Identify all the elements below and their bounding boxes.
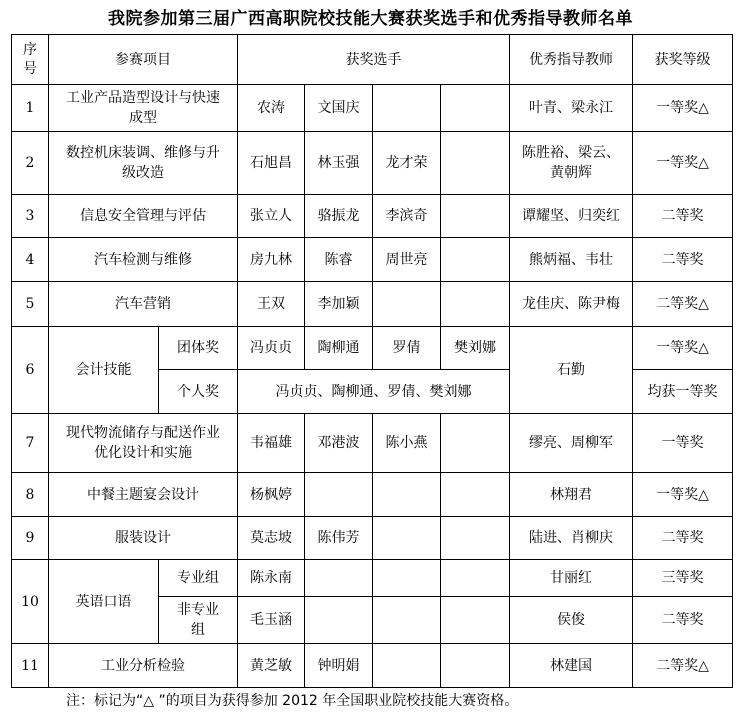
header-event: 参赛项目 — [49, 35, 238, 85]
player-cell: 石旭昌 — [238, 132, 305, 195]
player-cell: 陈伟芳 — [305, 517, 373, 560]
sub-category-cell: 个人奖 — [159, 370, 238, 414]
sub-category-cell: 非专业组 — [159, 597, 238, 644]
player-cell — [441, 195, 510, 238]
player-cell: 邓港波 — [305, 414, 373, 473]
player-cell: 莫志坡 — [238, 517, 305, 560]
player-cell: 黄芝敏 — [238, 644, 305, 688]
event-cell: 英语口语 — [49, 560, 159, 644]
table-row: 1 工业产品造型设计与快速成型 农涛 文国庆 叶青、梁永江 一等奖△ — [12, 85, 733, 132]
player-cell — [441, 238, 510, 282]
seq-cell: 6 — [12, 327, 49, 414]
player-cell: 陈小燕 — [373, 414, 441, 473]
event-cell: 工业产品造型设计与快速成型 — [49, 85, 238, 132]
player-cell: 文国庆 — [305, 85, 373, 132]
level-cell: 一等奖△ — [633, 473, 733, 517]
seq-cell: 8 — [12, 473, 49, 517]
player-cell — [305, 473, 373, 517]
player-cell — [441, 132, 510, 195]
player-cell — [305, 597, 373, 644]
level-cell: 二等奖 — [633, 517, 733, 560]
teachers-cell: 叶青、梁永江 — [510, 85, 633, 132]
header-seq: 序号 — [12, 35, 49, 85]
awards-table: 序号 参赛项目 获奖选手 优秀指导教师 获奖等级 1 工业产品造型设计与快速成型… — [11, 34, 733, 688]
player-cell: 陶柳通 — [305, 327, 373, 370]
player-cell — [373, 517, 441, 560]
player-cell: 林玉强 — [305, 132, 373, 195]
teachers-cell: 谭耀坚、归奕红 — [510, 195, 633, 238]
seq-cell: 11 — [12, 644, 49, 688]
teachers-cell: 龙佳庆、陈尹梅 — [510, 282, 633, 327]
player-cell — [441, 85, 510, 132]
header-row: 序号 参赛项目 获奖选手 优秀指导教师 获奖等级 — [12, 35, 733, 85]
table-row: 6 会计技能 团体奖 冯贞贞 陶柳通 罗倩 樊刘娜 石勤 一等奖△ — [12, 327, 733, 370]
header-level: 获奖等级 — [633, 35, 733, 85]
player-cell — [373, 282, 441, 327]
event-cell: 服装设计 — [49, 517, 238, 560]
player-cell: 樊刘娜 — [441, 327, 510, 370]
table-row: 9 服装设计 莫志坡 陈伟芳 陆进、肖柳庆 二等奖 — [12, 517, 733, 560]
players-joined-cell: 冯贞贞、陶柳通、罗倩、樊刘娜 — [238, 370, 510, 414]
player-cell — [373, 473, 441, 517]
player-cell — [441, 560, 510, 597]
table-row: 10 英语口语 专业组 陈永南 甘丽红 三等奖 — [12, 560, 733, 597]
player-cell — [441, 517, 510, 560]
player-cell — [373, 85, 441, 132]
player-cell — [441, 414, 510, 473]
player-cell: 王双 — [238, 282, 305, 327]
teachers-cell: 石勤 — [510, 327, 633, 414]
seq-cell: 7 — [12, 414, 49, 473]
level-cell: 二等奖 — [633, 195, 733, 238]
level-cell: 一等奖△ — [633, 85, 733, 132]
table-row: 3 信息安全管理与评估 张立人 骆振龙 李滨奇 谭耀坚、归奕红 二等奖 — [12, 195, 733, 238]
event-cell: 工业分析检验 — [49, 644, 238, 688]
event-cell: 现代物流储存与配送作业优化设计和实施 — [49, 414, 238, 473]
event-cell: 中餐主题宴会设计 — [49, 473, 238, 517]
teachers-cell: 甘丽红 — [510, 560, 633, 597]
level-cell: 二等奖 — [633, 597, 733, 644]
player-cell — [373, 597, 441, 644]
player-cell: 韦福雄 — [238, 414, 305, 473]
player-cell: 张立人 — [238, 195, 305, 238]
level-cell: 一等奖 — [633, 414, 733, 473]
seq-cell: 10 — [12, 560, 49, 644]
player-cell: 农涛 — [238, 85, 305, 132]
player-cell: 杨枫婷 — [238, 473, 305, 517]
player-cell: 骆振龙 — [305, 195, 373, 238]
table-row: 5 汽车营销 王双 李加颖 龙佳庆、陈尹梅 二等奖△ — [12, 282, 733, 327]
level-cell: 二等奖△ — [633, 282, 733, 327]
level-cell: 一等奖△ — [633, 132, 733, 195]
player-cell: 李加颖 — [305, 282, 373, 327]
player-cell — [441, 597, 510, 644]
table-row: 2 数控机床装调、维修与升级改造 石旭昌 林玉强 龙才荣 陈胜裕、梁云、黄朝辉 … — [12, 132, 733, 195]
player-cell — [441, 644, 510, 688]
document-title: 我院参加第三届广西高职院校技能大赛获奖选手和优秀指导教师名单 — [0, 4, 741, 29]
footnote: 注：标记为“△ ”的项目为获得参加 2012 年全国职业院校技能大赛资格。 — [66, 690, 518, 710]
seq-cell: 9 — [12, 517, 49, 560]
event-cell: 信息安全管理与评估 — [49, 195, 238, 238]
teachers-cell: 缪亮、周柳军 — [510, 414, 633, 473]
table-row: 4 汽车检测与维修 房九林 陈睿 周世亮 熊炳福、韦壮 二等奖 — [12, 238, 733, 282]
seq-cell: 1 — [12, 85, 49, 132]
player-cell — [441, 473, 510, 517]
player-cell — [373, 560, 441, 597]
event-cell: 汽车营销 — [49, 282, 238, 327]
level-cell: 三等奖 — [633, 560, 733, 597]
seq-cell: 3 — [12, 195, 49, 238]
level-cell: 均获一等奖 — [633, 370, 733, 414]
player-cell: 李滨奇 — [373, 195, 441, 238]
level-cell: 二等奖△ — [633, 644, 733, 688]
player-cell: 房九林 — [238, 238, 305, 282]
player-cell — [305, 560, 373, 597]
player-cell: 陈永南 — [238, 560, 305, 597]
player-cell: 钟明娟 — [305, 644, 373, 688]
event-cell: 汽车检测与维修 — [49, 238, 238, 282]
table-row: 7 现代物流储存与配送作业优化设计和实施 韦福雄 邓港波 陈小燕 缪亮、周柳军 … — [12, 414, 733, 473]
teachers-cell: 林建国 — [510, 644, 633, 688]
sub-category-cell: 专业组 — [159, 560, 238, 597]
table-row: 11 工业分析检验 黄芝敏 钟明娟 林建国 二等奖△ — [12, 644, 733, 688]
level-cell: 一等奖△ — [633, 327, 733, 370]
player-cell: 罗倩 — [373, 327, 441, 370]
player-cell: 龙才荣 — [373, 132, 441, 195]
event-cell: 数控机床装调、维修与升级改造 — [49, 132, 238, 195]
teachers-cell: 陈胜裕、梁云、黄朝辉 — [510, 132, 633, 195]
player-cell — [441, 282, 510, 327]
seq-cell: 4 — [12, 238, 49, 282]
player-cell — [373, 644, 441, 688]
teachers-cell: 熊炳福、韦壮 — [510, 238, 633, 282]
teachers-cell: 陆进、肖柳庆 — [510, 517, 633, 560]
header-winners: 获奖选手 — [238, 35, 510, 85]
player-cell: 周世亮 — [373, 238, 441, 282]
player-cell: 毛玉涵 — [238, 597, 305, 644]
player-cell: 陈睿 — [305, 238, 373, 282]
table-row: 8 中餐主题宴会设计 杨枫婷 林翔君 一等奖△ — [12, 473, 733, 517]
sub-category-cell: 团体奖 — [159, 327, 238, 370]
seq-cell: 5 — [12, 282, 49, 327]
level-cell: 二等奖 — [633, 238, 733, 282]
player-cell: 冯贞贞 — [238, 327, 305, 370]
seq-cell: 2 — [12, 132, 49, 195]
teachers-cell: 林翔君 — [510, 473, 633, 517]
event-cell: 会计技能 — [49, 327, 159, 414]
teachers-cell: 侯俊 — [510, 597, 633, 644]
header-teachers: 优秀指导教师 — [510, 35, 633, 85]
